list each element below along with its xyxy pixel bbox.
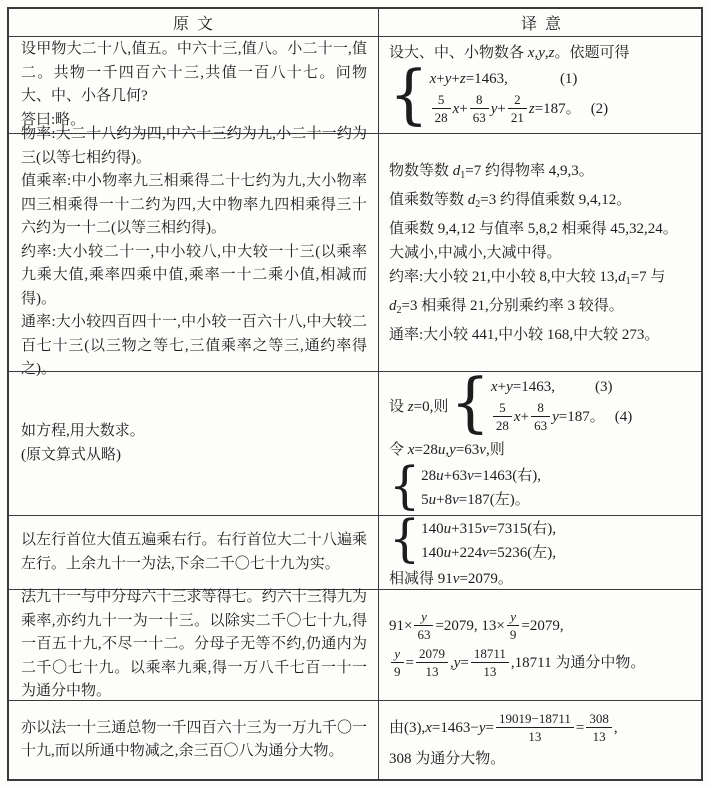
math-line: 308 为通分大物。 xyxy=(389,747,695,771)
translation-cell: 设大、中、小物数各 x,y,z。依题可得{x+y+z=1463,(1)528x+… xyxy=(379,37,701,133)
fraction: y9 xyxy=(391,646,404,679)
header-cell-original: 原 文 xyxy=(9,9,379,36)
text-run: 值乘数等数 xyxy=(389,192,468,208)
text-run: =63 xyxy=(456,442,479,458)
fraction-denominator: 13 xyxy=(471,663,509,679)
equation-system: {x+y+z=1463,(1)528x+863y+221z=187。(2) xyxy=(389,67,695,128)
equation-row: 28u+63v=1463(右), xyxy=(421,464,541,488)
text-run: =187。 xyxy=(535,100,581,116)
fraction-denominator: 13 xyxy=(496,728,574,744)
subscripted-variable: d2 xyxy=(389,298,402,314)
math-variable: x xyxy=(514,409,521,425)
table-row: 亦以法一十三通总物一千四百六十三为一万九千〇一十九,而以所通中物减之,余三百〇八… xyxy=(9,700,701,779)
paragraph: 值乘率:中小物率九三相乘得二十七约为九,大小物率四三相乘得一十二约为四,大中物率… xyxy=(21,170,367,241)
text-run: =7315(右), xyxy=(489,521,556,537)
text-run: =1463, xyxy=(513,379,555,395)
text-run: =1463− xyxy=(432,719,479,735)
text-run: 约率:大小较 21,中小较 8,中大较 13, xyxy=(389,269,618,285)
math-variable: y xyxy=(538,45,545,61)
equation-row: 528x+863y+221z=187。(2) xyxy=(430,91,609,128)
math-variable: y xyxy=(479,719,486,735)
math-line: 大减小,中减小,大减中得。 xyxy=(389,241,695,265)
original-text-cell: 如方程,用大数求。(原文算式从略) xyxy=(9,372,379,515)
table-row: 设甲物大二十八,值五。中六十三,值八。小二十一,值二。共物一千四百六十三,共值一… xyxy=(9,36,701,133)
equation-number-spacer xyxy=(555,390,595,391)
text-run: + xyxy=(521,409,529,425)
text-run: 设 xyxy=(389,399,408,415)
text-run: 5 xyxy=(421,492,429,508)
fraction-numerator: 18711 xyxy=(471,646,509,663)
translation-cell: 物数等数 d1=7 约得物率 4,9,3。值乘数等数 d2=3 约得值乘数 9,… xyxy=(379,134,701,371)
equation-row: 140u+224v=5236(左), xyxy=(421,541,556,565)
text-run: =2079, xyxy=(521,618,563,634)
text-run: (3) xyxy=(595,379,613,395)
paragraph: 物率:大二十八约为四,中六十三约为九,小二十一约为三(以等七相约得)。 xyxy=(21,123,367,170)
text-run: =1463(右), xyxy=(474,468,541,484)
text-run: (1) xyxy=(560,71,578,87)
math-variable: u xyxy=(436,468,444,484)
math-line: 物数等数 d1=7 约得物率 4,9,3。 xyxy=(389,159,695,188)
original-text-cell: 以左行首位大值五遍乘右行。右行首位大二十八遍乘左行。上余九十一为法,下余二千〇七… xyxy=(9,516,379,589)
equation-rows: x+y=1463,(3)528x+863y=187。(4) xyxy=(491,375,632,436)
text-run: =187(左)。 xyxy=(459,492,530,508)
fraction-numerator: 2 xyxy=(508,92,527,109)
fraction: 1871113 xyxy=(471,646,509,679)
original-text-cell: 亦以法一十三通总物一千四百六十三为一万九千〇一十九,而以所通中物减之,余三百〇八… xyxy=(9,701,379,779)
fraction: 528 xyxy=(493,400,512,433)
text-run: +224 xyxy=(451,545,482,561)
text-run: 通率:大小较 441,中小较 168,中大较 273。 xyxy=(389,327,659,343)
text-run: 大减小,中减小,大减中得。 xyxy=(389,245,562,261)
translation-cell: {140u+315v=7315(右),140u+224v=5236(左),相减得… xyxy=(379,516,701,589)
equation-row: 140u+315v=7315(右), xyxy=(421,517,556,541)
text-run: + xyxy=(459,100,467,116)
text-run: 91× xyxy=(389,618,412,634)
text-run: + xyxy=(498,379,506,395)
equation-row: 5u+8v=187(左)。 xyxy=(421,488,541,512)
fraction-numerator: 8 xyxy=(470,92,489,109)
fraction-numerator: y xyxy=(414,609,433,626)
fraction-denominator: 28 xyxy=(493,417,512,433)
text-run: = xyxy=(406,655,414,671)
fraction-denominator: 28 xyxy=(432,109,451,125)
math-line: 约率:大小较 21,中小较 8,中大较 13,d1=7 与 d2=3 相乘得 2… xyxy=(389,265,695,323)
text-run: +63 xyxy=(444,468,467,484)
text-run: + xyxy=(497,100,505,116)
subscripted-variable: d1 xyxy=(453,163,466,179)
equation-row: x+y=1463,(3) xyxy=(491,375,632,399)
text-run: 308 为通分大物。 xyxy=(389,751,505,767)
left-brace: { xyxy=(389,463,420,513)
fraction: y9 xyxy=(507,609,520,642)
fraction: 19019−1871113 xyxy=(496,711,574,744)
text-run: =7 约得物率 4,9,3。 xyxy=(465,163,593,179)
table-row: 物率:大二十八约为四,中六十三约为九,小二十一约为三(以等七相约得)。值乘率:中… xyxy=(9,133,701,371)
text-run: =3 相乘得 21,分别乘约率 3 较得。 xyxy=(402,298,624,314)
text-run: + xyxy=(436,71,444,87)
math-variable: v xyxy=(467,468,474,484)
original-text-cell: 设甲物大二十八,值五。中六十三,值八。小二十一,值二。共物一千四百六十三,共值一… xyxy=(9,37,379,133)
paragraph: 设甲物大二十八,值五。中六十三,值八。小二十一,值二。共物一千四百六十三,共值一… xyxy=(21,38,367,109)
translation-cell: 91×y63=2079, 13×y9=2079,y9=207913,y=1871… xyxy=(379,590,701,700)
fraction-denominator: 21 xyxy=(508,109,527,125)
fraction-denominator: 63 xyxy=(531,417,550,433)
paragraph: (原文算式从略) xyxy=(21,444,367,468)
math-line: 由(3),x=1463−y=19019−1871113=30813, xyxy=(389,710,695,747)
text-run: =0,则 xyxy=(414,399,449,415)
text-run: =3 约得值乘数 9,4,12。 xyxy=(480,192,631,208)
original-text-cell: 法九十一与中分母六十三求等得七。约六十三得九为乘率,亦约九十一为一十三。以除实二… xyxy=(9,590,379,700)
text-run: = xyxy=(576,719,584,735)
fraction-numerator: 308 xyxy=(586,711,612,728)
text-run: (2) xyxy=(591,100,609,116)
paragraph: 如方程,用大数求。 xyxy=(21,420,367,444)
math-line: 令 x=28u,y=63v,则 xyxy=(389,438,695,462)
text-run: 由(3), xyxy=(389,719,425,735)
text-run: ,18711 为通分中物。 xyxy=(511,655,645,671)
fraction-numerator: y xyxy=(391,646,404,663)
equation-row: x+y+z=1463,(1) xyxy=(430,67,609,91)
text-run: =5236(左), xyxy=(489,545,556,561)
text-run: + xyxy=(451,71,459,87)
fraction-numerator: 2079 xyxy=(416,646,448,663)
equation-system: {140u+315v=7315(右),140u+224v=5236(左), xyxy=(389,517,695,565)
equation-rows: x+y+z=1463,(1)528x+863y+221z=187。(2) xyxy=(430,67,609,128)
equation-row: 528x+863y=187。(4) xyxy=(491,399,632,436)
math-variable: v xyxy=(479,442,486,458)
text-run: 值乘数 9,4,12 与值率 5,8,2 相乘得 45,32,24。 xyxy=(389,221,678,237)
fraction-numerator: 5 xyxy=(493,400,512,417)
original-text-cell: 物率:大二十八约为四,中六十三约为九,小二十一约为三(以等七相约得)。值乘率:中… xyxy=(9,134,379,371)
translation-cell: 由(3),x=1463−y=19019−1871113=30813,308 为通… xyxy=(379,701,701,779)
math-variable: v xyxy=(482,545,489,561)
math-line: 值乘数等数 d2=3 约得值乘数 9,4,12。 xyxy=(389,188,695,217)
text-run: =2079, 13× xyxy=(435,618,504,634)
math-variable: y xyxy=(506,379,513,395)
left-brace: { xyxy=(389,516,420,566)
fraction-denominator: 13 xyxy=(586,728,612,744)
equation-rows: 28u+63v=1463(右),5u+8v=187(左)。 xyxy=(421,464,541,512)
math-line: 设大、中、小物数各 x,y,z。依题可得 xyxy=(389,41,695,65)
column-header-original: 原 文 xyxy=(173,11,215,34)
math-variable: x xyxy=(491,379,498,395)
fraction: y63 xyxy=(414,609,433,642)
text-run: = xyxy=(460,655,468,671)
table-body: 设甲物大二十八,值五。中六十三,值八。小二十一,值二。共物一千四百六十三,共值一… xyxy=(9,36,701,779)
fraction-denominator: 13 xyxy=(416,663,448,679)
text-run: =187。 xyxy=(559,409,605,425)
math-line: 相减得 91v=2079。 xyxy=(389,567,695,591)
equation-number-spacer xyxy=(605,420,615,421)
math-line: 通率:大小较 441,中小较 168,中大较 273。 xyxy=(389,323,695,347)
fraction-numerator: y xyxy=(507,609,520,626)
fraction: 863 xyxy=(531,400,550,433)
translation-cell: 设 z=0,则{x+y=1463,(3)528x+863y=187。(4)令 x… xyxy=(379,372,701,515)
fraction: 863 xyxy=(470,92,489,125)
fraction-denominator: 9 xyxy=(507,626,520,642)
paragraph: 约率:大小较二十一,中小较八,中大较一十三(以乘率九乘大值,乘率四乘中值,乘率一… xyxy=(21,241,367,312)
left-brace: { xyxy=(450,374,490,437)
math-variable: v xyxy=(452,492,459,508)
text-run: =2079。 xyxy=(459,571,512,587)
text-run: ,则 xyxy=(486,442,505,458)
math-line: 值乘数 9,4,12 与值率 5,8,2 相乘得 45,32,24。 xyxy=(389,217,695,241)
text-run: +8 xyxy=(436,492,452,508)
table-header-row: 原 文 译 意 xyxy=(9,9,701,36)
text-run: 。依题可得 xyxy=(554,45,629,61)
text-run: , xyxy=(614,719,618,735)
table-row: 如方程,用大数求。(原文算式从略)设 z=0,则{x+y=1463,(3)528… xyxy=(9,371,701,515)
subscripted-variable: d2 xyxy=(468,192,481,208)
table-row: 法九十一与中分母六十三求等得七。约六十三得九为乘率,亦约九十一为一十三。以除实二… xyxy=(9,589,701,700)
left-brace: { xyxy=(389,65,429,128)
header-cell-translation: 译 意 xyxy=(379,9,701,36)
translation-table: 原 文 译 意 设甲物大二十八,值五。中六十三,值八。小二十一,值二。共物一千四… xyxy=(7,7,703,781)
equation-number-spacer xyxy=(581,111,591,112)
fraction: 528 xyxy=(432,92,451,125)
fraction-denominator: 63 xyxy=(414,626,433,642)
equation-rows: 140u+315v=7315(右),140u+224v=5236(左), xyxy=(421,517,556,565)
equation-prefix: 设 z=0,则 xyxy=(389,395,448,416)
table-row: 以左行首位大值五遍乘右行。右行首位大二十八遍乘左行。上余九十一为法,下余二千〇七… xyxy=(9,515,701,589)
fraction: 221 xyxy=(508,92,527,125)
paragraph: 法九十一与中分母六十三求等得七。约六十三得九为乘率,亦约九十一为一十三。以除实二… xyxy=(21,586,367,704)
paragraph: 亦以法一十三通总物一千四百六十三为一万九千〇一十九,而以所通中物减之,余三百〇八… xyxy=(21,717,367,764)
equation-number-spacer xyxy=(508,82,560,83)
fraction-numerator: 5 xyxy=(432,92,451,109)
math-line: y9=207913,y=1871113,18711 为通分中物。 xyxy=(389,645,695,682)
text-run: 140 xyxy=(421,521,444,537)
math-variable: y xyxy=(449,442,456,458)
fraction-numerator: 8 xyxy=(531,400,550,417)
text-run: 物数等数 xyxy=(389,163,453,179)
math-variable: v xyxy=(482,521,489,537)
book-page: 原 文 译 意 设甲物大二十八,值五。中六十三,值八。小二十一,值二。共物一千四… xyxy=(0,0,710,788)
math-variable: y xyxy=(552,409,559,425)
fraction-numerator: 19019−18711 xyxy=(496,711,574,728)
paragraph: 以左行首位大值五遍乘右行。右行首位大二十八遍乘左行。上余九十一为法,下余二千〇七… xyxy=(21,529,367,576)
equation-system: 设 z=0,则{x+y=1463,(3)528x+863y=187。(4) xyxy=(389,375,695,436)
math-variable: x xyxy=(425,719,432,735)
column-header-translation: 译 意 xyxy=(521,11,563,34)
text-run: 140 xyxy=(421,545,444,561)
text-run: (4) xyxy=(615,409,633,425)
text-run: =7 与 xyxy=(631,269,666,285)
equation-system: {28u+63v=1463(右),5u+8v=187(左)。 xyxy=(389,464,695,512)
text-run: +315 xyxy=(451,521,482,537)
math-line: 91×y63=2079, 13×y9=2079, xyxy=(389,608,695,645)
fraction: 30813 xyxy=(586,711,612,744)
text-run: 28 xyxy=(421,468,436,484)
fraction-denominator: 63 xyxy=(470,109,489,125)
text-run: =1463, xyxy=(466,71,508,87)
subscripted-variable: d1 xyxy=(618,269,631,285)
text-run: 相减得 91 xyxy=(389,571,453,587)
fraction: 207913 xyxy=(416,646,448,679)
fraction-denominator: 9 xyxy=(391,663,404,679)
text-run: = xyxy=(486,719,494,735)
